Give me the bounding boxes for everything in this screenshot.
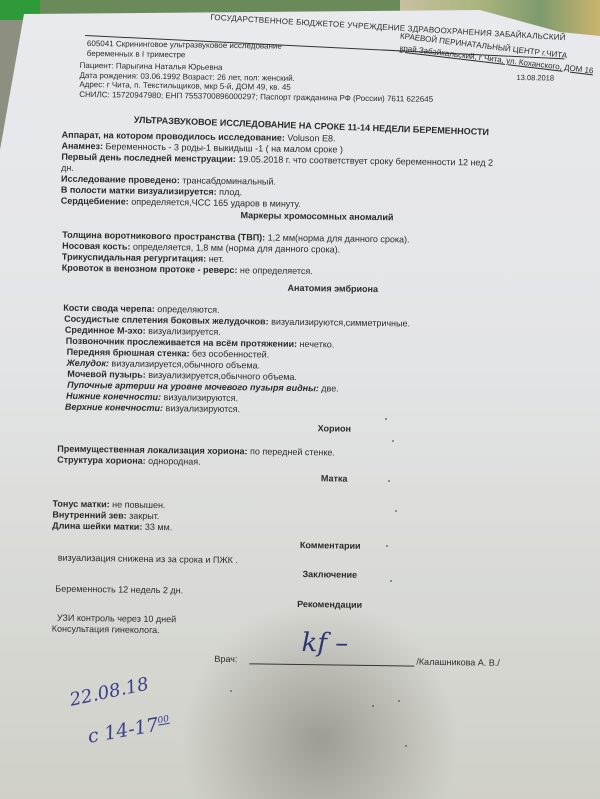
field-cervix-length: Длина шейки матки: 33 мм. (52, 521, 172, 534)
printer-speck (386, 545, 388, 547)
patient-block: Пациент: Парыгина Наталья Юрьевна Дата р… (79, 61, 433, 104)
signature-line (249, 663, 414, 666)
uterus-section: Тонус матки: не повышен. Внутренний зев:… (52, 499, 173, 534)
comments-heading: Комментарии (300, 540, 361, 551)
document: ГОСУДАРСТВЕННОЕ БЮДЖЕТОЕ УЧРЕЖДЕНИЕ ЗДРА… (0, 0, 600, 799)
chorion-heading: Хорион (318, 423, 351, 433)
recommendations-heading: Рекомендации (297, 599, 362, 610)
handwritten-time-superscript: 00 (157, 714, 170, 726)
printer-speck (398, 700, 400, 702)
printer-speck (390, 580, 392, 582)
printer-speck (385, 418, 387, 420)
markers-section: Толщина воротникового пространства (ТВП)… (62, 230, 410, 279)
uterus-heading: Матка (321, 473, 348, 483)
anatomy-section: Кости свода черепа: определяются. Сосуди… (60, 303, 410, 418)
printer-speck (372, 705, 374, 707)
doctor-label: Врач: (214, 654, 237, 665)
markers-heading: Маркеры хромосомных аномалий (241, 210, 394, 222)
printer-speck (395, 510, 397, 512)
recommendations-list: УЗИ контроль через 10 дней Консультация … (52, 613, 177, 637)
printer-speck (230, 690, 232, 692)
printer-speck (388, 480, 390, 482)
general-section: Аппарат, на котором проводилось исследов… (61, 130, 494, 213)
chorion-section: Преимущественная локализация хориона: по… (57, 444, 335, 470)
doctor-name: /Калашникова А. В./ (416, 657, 500, 669)
comments-text: визуализация снижена из за срока и ПЖК . (58, 553, 238, 567)
recommendation-item: Консультация гинеколога. (52, 624, 176, 637)
printer-speck (405, 745, 407, 747)
anatomy-heading: Анатомия эмбриона (287, 283, 378, 294)
service-code: 605041 Скрининговое ультразвуковое иссле… (87, 39, 282, 62)
report-date: 13.08.2018 (516, 73, 554, 83)
printer-speck (392, 440, 394, 442)
signature-scribble: kf – (301, 628, 348, 659)
conclusion-heading: Заключение (303, 569, 358, 580)
organization-title: ГОСУДАРСТВЕННОЕ БЮДЖЕТОЕ УЧРЕЖДЕНИЕ ЗДРА… (210, 13, 566, 42)
conclusion-text: Беременность 12 недель 2 дн. (55, 584, 183, 597)
